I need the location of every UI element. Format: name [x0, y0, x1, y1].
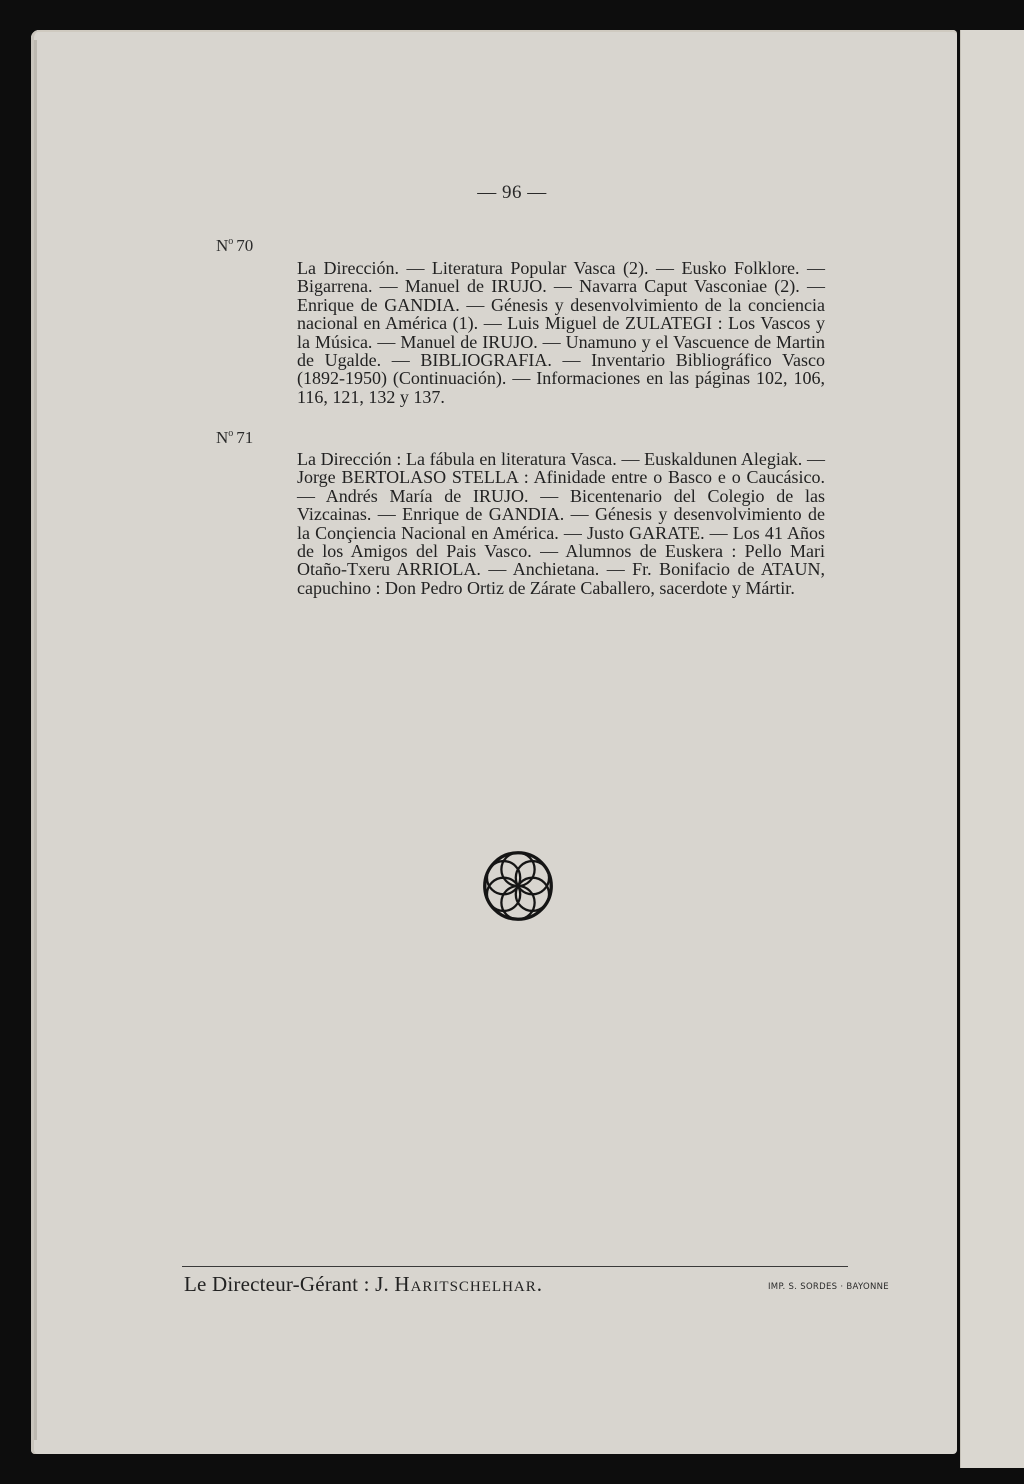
page-edge [34, 40, 37, 1440]
issue-label-70: No70 [216, 236, 253, 256]
issue-prefix: N [216, 236, 228, 255]
issue-sup: o [228, 428, 233, 439]
footer-rule [182, 1266, 848, 1267]
director-name: Haritschelhar. [394, 1272, 543, 1296]
issue-number: 71 [236, 428, 253, 447]
issue-71-contents: La Dirección : La fábula en literatura V… [297, 450, 825, 597]
basque-rosette-icon [480, 848, 556, 924]
next-page-edge [960, 30, 1024, 1468]
printer-imprint: IMP. S. SORDES · BAYONNE [768, 1282, 889, 1292]
issue-prefix: N [216, 428, 228, 447]
document-page [31, 30, 957, 1454]
issue-number: 70 [236, 236, 253, 255]
director-credit: Le Directeur-Gérant : J. Haritschelhar. [184, 1272, 543, 1297]
issue-label-71: No71 [216, 428, 253, 448]
issue-sup: o [228, 236, 233, 247]
issue-70-contents: La Dirección. — Literatura Popular Vasca… [297, 259, 825, 406]
page-number: — 96 — [0, 182, 1024, 204]
director-label: Le Directeur-Gérant : J. [184, 1272, 394, 1296]
